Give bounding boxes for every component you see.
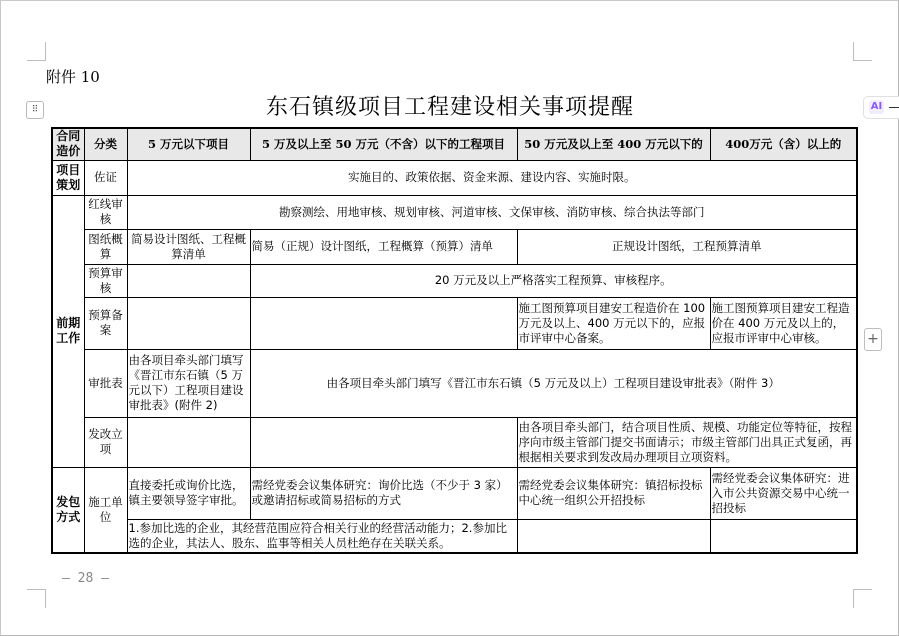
crop-mark-bottom-right: [853, 589, 872, 608]
approval-form-under-5w: 由各项目牵头部门填写《晋江市东石镇（5 万元以下）工程项目建设审批表》(附件 2…: [127, 349, 250, 417]
row-label-budget-review: 预算审核: [84, 264, 127, 297]
row-label-basis: 佐证: [84, 160, 127, 195]
table-row-redline: 前期工作 红线审核 勘察测绘、用地审核、规划审核、河道审核、文保审核、消防审核、…: [52, 195, 857, 229]
row-label-budget-filing: 预算备案: [84, 297, 127, 349]
section-contracting-label: 发包方式: [52, 467, 84, 553]
row-label-ndrc: 发改立项: [84, 417, 127, 467]
ndrc-above-50w: 由各项目牵头部门，结合项目性质、规模、功能定位等特征，按程序向市级主管部门提交书…: [517, 417, 857, 467]
budget-filing-under-5w: [127, 297, 250, 349]
construction-note-50w-to-400w: [517, 519, 710, 553]
requirements-table: 合同造价 分类 5 万元以下项目 5 万及以上至 50 万元（不含）以下的工程项…: [51, 127, 858, 554]
ai-icon: AI: [869, 100, 884, 114]
table-row-approval-form: 审批表 由各项目牵头部门填写《晋江市东石镇（5 万元以下）工程项目建设审批表》(…: [52, 349, 857, 417]
row-label-approval-form: 审批表: [84, 349, 127, 417]
header-category: 分类: [84, 128, 127, 160]
document-title: 东石镇级项目工程建设相关事项提醒: [160, 90, 740, 121]
section-planning-label: 项目策划: [52, 160, 84, 195]
header-above-400w: 400万元（含）以上的: [710, 128, 857, 160]
row-label-construction: 施工单位: [84, 467, 127, 553]
redline-content: 勘察测绘、用地审核、规划审核、河道审核、文保审核、消防审核、综合执法等部门: [127, 195, 857, 229]
budget-review-above-5w: 20 万元及以上严格落实工程预算、审核程序。: [250, 264, 857, 297]
table-row-drawings: 图纸概算 简易设计图纸、工程概算清单 简易（正规）设计图纸，工程概算（预算）清单…: [52, 229, 857, 264]
approval-form-above-5w: 由各项目牵头部门填写《晋江市东石镇（5 万元及以上）工程项目建设审批表》（附件 …: [250, 349, 857, 417]
ndrc-5w-to-50w: [250, 417, 517, 467]
row-label-redline: 红线审核: [84, 195, 127, 229]
table-row-basis: 项目策划 佐证 实施目的、政策依据、资金来源、建设内容、实施时限。: [52, 160, 857, 195]
attachment-label: 附件 10: [46, 66, 100, 87]
construction-50w-to-400w: 需经党委会议集体研究：镇招标投标中心统一组织公开招投标: [517, 467, 710, 519]
header-50w-to-400w: 50 万元及以上至 400 万元以下的: [517, 128, 710, 160]
construction-5w-to-50w: 需经党委会议集体研究：询价比选（不少于 3 家）或邀请招标或简易招标的方式: [250, 467, 517, 519]
basis-content: 实施目的、政策依据、资金来源、建设内容、实施时限。: [127, 160, 857, 195]
table-row-budget-review: 预算审核 20 万元及以上严格落实工程预算、审核程序。: [52, 264, 857, 297]
budget-review-under-5w: [127, 264, 250, 297]
budget-filing-50w-to-400w: 施工图预算项目建安工程造价在 100 万元及以上、400 万元以下的，应报市评审…: [517, 297, 710, 349]
header-5w-to-50w: 5 万及以上至 50 万元（不含）以下的工程项目: [250, 128, 517, 160]
crop-mark-top-right: [853, 42, 872, 61]
table-row-budget-filing: 预算备案 施工图预算项目建安工程造价在 100 万元及以上、400 万元以下的，…: [52, 297, 857, 349]
construction-under-5w: 直接委托或询价比选，镇主要领导签字审批。: [127, 467, 250, 519]
budget-filing-above-400w: 施工图预算项目建安工程造价在 400 万元及以上的，应报市评审中心审核。: [710, 297, 857, 349]
table-row-ndrc: 发改立项 由各项目牵头部门，结合项目性质、规模、功能定位等特征，按程序向市级主管…: [52, 417, 857, 467]
add-row-button[interactable]: +: [864, 328, 882, 351]
table-drag-handle-icon[interactable]: ⠿: [26, 101, 44, 119]
drawings-under-5w: 简易设计图纸、工程概算清单: [127, 229, 250, 264]
minus-icon: [889, 107, 899, 108]
header-contract-cost: 合同造价: [52, 128, 84, 160]
crop-mark-bottom-left: [27, 589, 46, 608]
ndrc-under-5w: [127, 417, 250, 467]
table-row-construction: 发包方式 施工单位 直接委托或询价比选，镇主要领导签字审批。 需经党委会议集体研…: [52, 467, 857, 519]
table-row-construction-note: 1.参加比选的企业，其经营范围应符合相关行业的经营活动能力；2.参加比选的企业，…: [52, 519, 857, 553]
construction-note: 1.参加比选的企业，其经营范围应符合相关行业的经营活动能力；2.参加比选的企业，…: [127, 519, 517, 553]
construction-above-400w: 需经党委会议集体研究：进入市公共资源交易中心统一招投标: [710, 467, 857, 519]
section-preliminary-label: 前期工作: [52, 195, 84, 467]
ai-assistant-button[interactable]: AI: [863, 96, 899, 119]
header-row: 合同造价 分类 5 万元以下项目 5 万及以上至 50 万元（不含）以下的工程项…: [52, 128, 857, 160]
page-number: — 28 —: [62, 571, 109, 586]
header-under-5w: 5 万元以下项目: [127, 128, 250, 160]
drawings-5w-to-50w: 简易（正规）设计图纸，工程概算（预算）清单: [250, 229, 517, 264]
crop-mark-top-left: [27, 42, 46, 61]
budget-filing-5w-to-50w: [250, 297, 517, 349]
construction-note-above-400w: [710, 519, 857, 553]
drawings-above-50w: 正规设计图纸，工程预算清单: [517, 229, 857, 264]
row-label-drawings: 图纸概算: [84, 229, 127, 264]
